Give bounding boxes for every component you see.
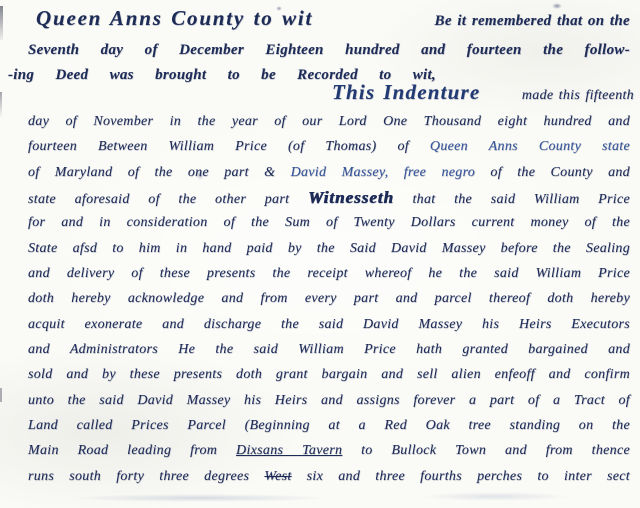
struck-word: West [264, 469, 291, 484]
scan-edge-artifact [0, 6, 3, 40]
text-line: doth hereby acknowledge and from every p… [28, 287, 630, 311]
text-line: State afsd to him in hand paid by the Sa… [28, 237, 630, 261]
text-segment: made this fifteenth [522, 84, 634, 108]
text-segment: six and three fourths perches to inter s… [292, 469, 630, 484]
text-segment: of the County and [475, 165, 630, 180]
scan-edge-artifact [0, 92, 2, 118]
text-line: sold and by these presents doth grant ba… [28, 363, 630, 387]
text-line: and delivery of these presents the recei… [28, 262, 630, 286]
text-line: This Indenture made this fifteenth [332, 80, 634, 108]
text-line: day of November in the year of our Lord … [28, 110, 630, 134]
text-segment: fourteen Between William Price (of Thoma… [28, 139, 430, 154]
text-line: Seventh day of December Eighteen hundred… [28, 38, 630, 62]
text-segment: Main Road leading from [28, 443, 236, 458]
text-line: state aforesaid of the other part Witnes… [28, 186, 630, 212]
scan-edge-artifact [0, 388, 2, 402]
text-segment: runs south forty three degrees [28, 469, 264, 484]
text-segment-accent: Queen Anns County state [430, 139, 630, 154]
grantee-name: David Massey, free negro [291, 165, 476, 180]
text-line: for and in consideration of the Sum of T… [28, 211, 630, 235]
text-segment: that the said William Price [394, 192, 630, 207]
text-line: acquit exonerate and discharge the said … [28, 313, 630, 337]
text-line: Main Road leading from Dixsans Tavern to… [28, 439, 630, 463]
text-line: runs south forty three degrees West six … [28, 465, 630, 489]
text-segment: state aforesaid of the other part [28, 192, 308, 207]
text-segment: Be it remembered that on the [435, 9, 630, 33]
text-line: fourteen Between William Price (of Thoma… [28, 135, 630, 159]
ink-smudge [70, 494, 330, 502]
text-line: and Administrators He the said William P… [28, 338, 630, 362]
text-line: Queen Anns County to wit Be it remembere… [36, 6, 630, 33]
tavern-name-underlined: Dixsans Tavern [236, 443, 342, 458]
witnesseth-word: Witnesseth [308, 188, 394, 207]
text-line: Land called Prices Parcel (Beginning at … [28, 414, 630, 438]
indenture-opening: This Indenture [332, 80, 480, 104]
text-line: of Maryland of the one part & David Mass… [28, 161, 630, 185]
text-segment: of Maryland of the one part & [28, 165, 291, 180]
text-line: unto the said David Massey his Heirs and… [28, 389, 630, 413]
ink-smudge [420, 492, 570, 501]
text-segment: to Bullock Town and from thence [342, 443, 630, 458]
county-heading: Queen Anns County to wit [36, 6, 313, 30]
manuscript-page: Queen Anns County to wit Be it remembere… [0, 0, 640, 508]
